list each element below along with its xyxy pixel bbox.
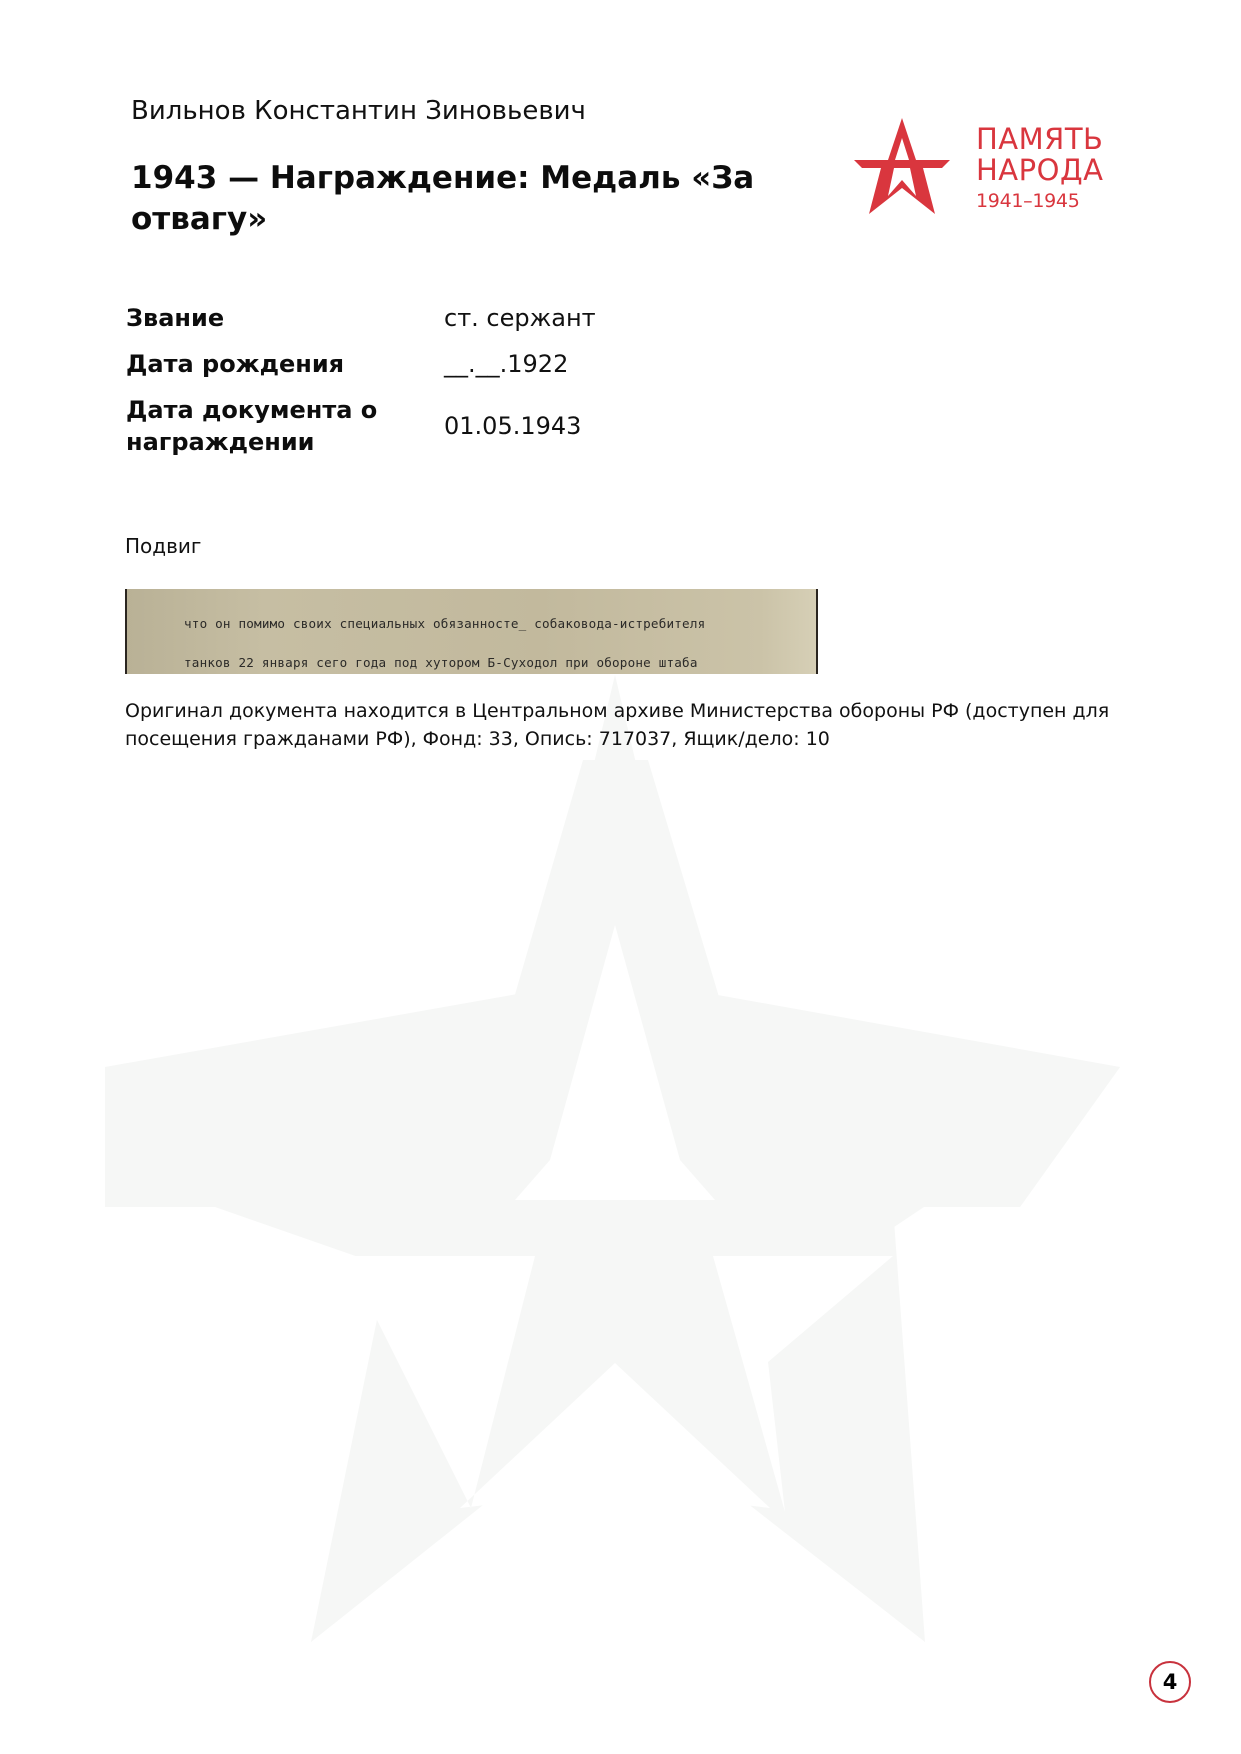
logo-text: ПАМЯТЬ НАРОДА 1941–1945 (976, 124, 1103, 214)
detail-label: Дата рождения (126, 348, 444, 380)
person-name: Вильнов Константин Зиновьевич (131, 96, 586, 126)
logo-line-1: ПАМЯТЬ (976, 124, 1103, 155)
logo-years: 1941–1945 (976, 188, 1103, 214)
detail-value: 01.05.1943 (444, 410, 581, 442)
document-page: Вильнов Константин Зиновьевич 1943 — Наг… (0, 0, 1241, 1754)
detail-value: __.__.1922 (444, 348, 568, 380)
detail-label: Звание (126, 302, 444, 334)
page-number: 4 (1149, 1661, 1191, 1703)
scan-line: танков 22 января сего года под хутором Б… (184, 656, 794, 669)
red-star-icon (850, 116, 950, 216)
detail-row-rank: Звание ст. сержант (126, 302, 596, 334)
pamyat-naroda-logo: ПАМЯТЬ НАРОДА 1941–1945 (850, 112, 1130, 222)
logo-line-2: НАРОДА (976, 155, 1103, 186)
detail-value: ст. сержант (444, 302, 596, 334)
award-title: 1943 — Награждение: Медаль «За отвагу» (131, 158, 771, 240)
detail-label: Дата документа о награждении (126, 394, 444, 458)
detail-row-award-doc-date: Дата документа о награждении 01.05.1943 (126, 394, 596, 458)
detail-row-birth-date: Дата рождения __.__.1922 (126, 348, 596, 380)
scan-text: что он помимо своих специальных обязанно… (184, 591, 794, 674)
award-document-scan: что он помимо своих специальных обязанно… (125, 589, 818, 674)
scan-line: что он помимо своих специальных обязанно… (184, 617, 794, 630)
archive-note: Оригинал документа находится в Центральн… (125, 697, 1115, 753)
details-table: Звание ст. сержант Дата рождения __.__.1… (126, 302, 596, 472)
feat-label: Подвиг (125, 534, 201, 558)
